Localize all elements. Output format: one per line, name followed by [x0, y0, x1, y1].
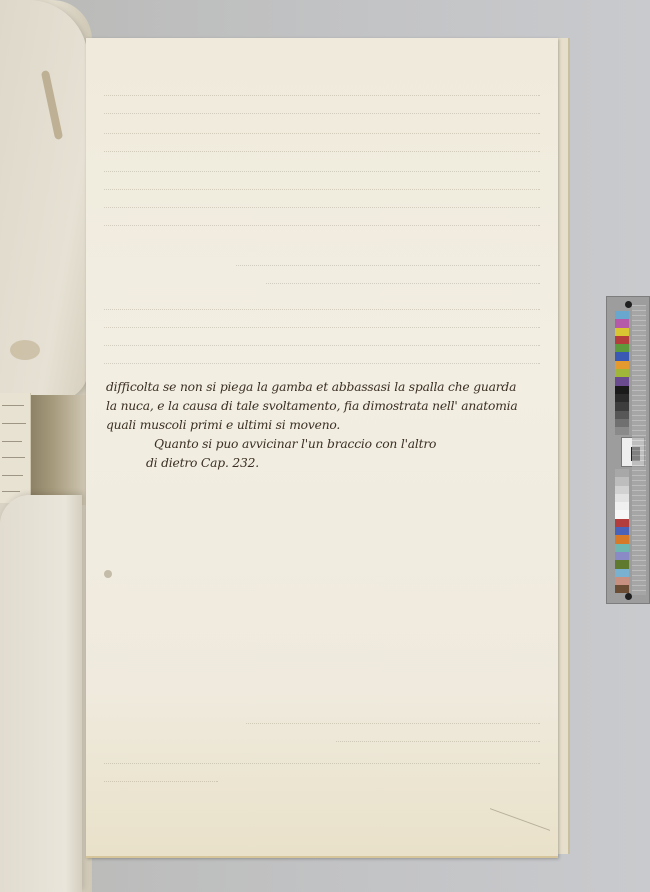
- mount-hole-icon: [625, 301, 632, 308]
- bleed-through-line: [104, 124, 540, 134]
- color-patch: [615, 469, 629, 477]
- color-patch: [615, 427, 629, 435]
- color-patches-top: [615, 311, 629, 435]
- color-patch: [615, 560, 629, 568]
- color-patches-bottom: [615, 469, 629, 593]
- bleed-through-line: [104, 162, 540, 172]
- color-patch: [615, 477, 629, 485]
- adjacent-leaf-lower: [0, 495, 82, 892]
- color-patch: [615, 377, 629, 385]
- handwritten-passage: difficolta se non si piega la gamba et a…: [106, 378, 536, 473]
- color-patch: [615, 361, 629, 369]
- color-calibration-target: [606, 296, 650, 604]
- color-patch: [615, 369, 629, 377]
- color-patch: [615, 311, 629, 319]
- color-patch: [615, 577, 629, 585]
- color-patch: [615, 336, 629, 344]
- color-patch: [615, 552, 629, 560]
- bleed-through-line: [104, 198, 540, 208]
- stain: [10, 340, 40, 360]
- section-heading: Quanto si puo avvicinar l'un braccio con…: [106, 435, 536, 454]
- slip-writing: [2, 405, 24, 406]
- color-patch: [615, 569, 629, 577]
- mount-hole-icon: [625, 593, 632, 600]
- bleed-through-line: [104, 772, 218, 782]
- bleed-through-line: [104, 318, 540, 328]
- bleed-through-line: [104, 104, 540, 114]
- bleed-through-line: [104, 142, 540, 152]
- slip-writing: [2, 457, 25, 458]
- color-patch: [615, 328, 629, 336]
- manuscript-page: difficolta se non si piega la gamba et a…: [86, 38, 558, 858]
- bleed-through-line: [236, 256, 540, 266]
- color-patch: [615, 486, 629, 494]
- bleed-through-line: [104, 754, 540, 764]
- color-patch: [615, 394, 629, 402]
- text-line: difficolta se non si piega la gamba et a…: [106, 378, 536, 397]
- bleed-through-line: [104, 86, 540, 96]
- color-patch: [615, 494, 629, 502]
- color-patch: [615, 386, 629, 394]
- bleed-through-line: [104, 180, 540, 190]
- color-patch: [615, 519, 629, 527]
- color-patch: [615, 419, 629, 427]
- bleed-through-line: [104, 216, 540, 226]
- bleed-through-line: [266, 274, 540, 284]
- slip-writing: [2, 491, 20, 492]
- ink-smudge: [104, 570, 112, 578]
- color-patch: [615, 502, 629, 510]
- bleed-through-line: [336, 732, 540, 742]
- binding-gap: [28, 395, 92, 505]
- slip-writing: [2, 441, 22, 442]
- color-patch: [615, 402, 629, 410]
- color-patch: [615, 535, 629, 543]
- color-patch: [615, 544, 629, 552]
- corner-fold: [490, 808, 550, 861]
- color-patch: [615, 510, 629, 518]
- bleed-through-line: [104, 300, 540, 310]
- scale-ticks: [632, 305, 646, 595]
- inserted-slip: [0, 393, 31, 503]
- color-patch: [615, 527, 629, 535]
- color-patch: [615, 344, 629, 352]
- bleed-through-line: [104, 336, 540, 346]
- slip-writing: [2, 475, 23, 476]
- text-line: la nuca, e la causa di tale svoltamento,…: [106, 397, 536, 416]
- adjacent-leaf-upper: [0, 0, 88, 400]
- text-line: quali muscoli primi e ultimi si moveno.: [106, 416, 536, 435]
- color-patch: [615, 411, 629, 419]
- stain: [41, 70, 63, 140]
- slip-writing: [2, 423, 26, 424]
- bleed-through-line: [104, 354, 540, 364]
- chapter-reference: di dietro Cap. 232.: [106, 454, 536, 473]
- color-patch: [615, 352, 629, 360]
- color-patch: [615, 319, 629, 327]
- bleed-through-line: [246, 714, 540, 724]
